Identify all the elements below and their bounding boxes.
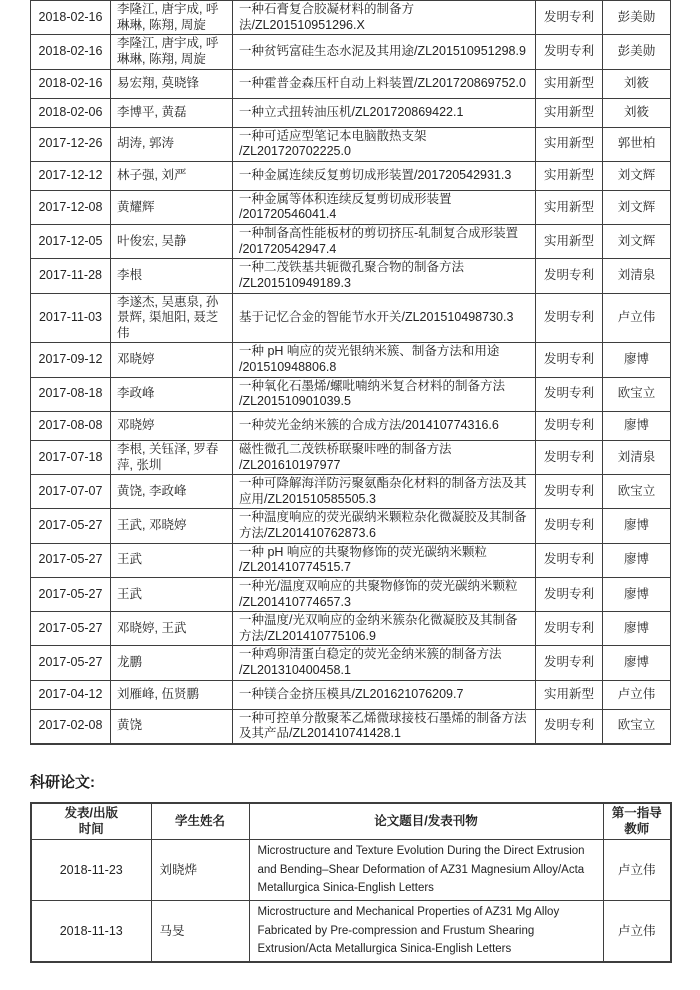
patent-students-cell: 王武 xyxy=(111,543,233,577)
patent-title-cell: 一种金属等体积连续反复剪切成形装置 /201720546041.4 xyxy=(233,190,536,224)
patent-type-cell: 发明专利 xyxy=(536,440,603,474)
patent-date-cell: 2017-08-08 xyxy=(31,411,111,440)
patent-date-cell: 2018-02-16 xyxy=(31,69,111,98)
papers-table-body: 2018-11-23 刘晓烨 Microstructure and Textur… xyxy=(31,840,671,962)
patent-advisor-cell: 刘筱 xyxy=(603,98,671,127)
patent-type-cell: 发明专利 xyxy=(536,709,603,744)
patent-row: 2017-05-27 王武 一种 pH 响应的共聚物修饰的荧光碳纳米颗粒 /ZL… xyxy=(31,543,671,577)
patent-students-cell: 黄饶 xyxy=(111,709,233,744)
papers-header-advisor: 第一指导 教师 xyxy=(603,803,671,840)
patent-type-cell: 发明专利 xyxy=(536,35,603,69)
patent-date-cell: 2017-05-27 xyxy=(31,509,111,543)
paper-date-cell: 2018-11-23 xyxy=(31,840,151,901)
patent-title-cell: 基于记忆合金的智能节水开关/ZL201510498730.3 xyxy=(233,293,536,343)
patent-date-cell: 2017-07-18 xyxy=(31,440,111,474)
paper-row: 2018-11-13 马旻 Microstructure and Mechani… xyxy=(31,901,671,962)
patent-students-cell: 黄饶, 李政峰 xyxy=(111,475,233,509)
patent-type-cell: 发明专利 xyxy=(536,475,603,509)
patent-advisor-cell: 刘文辉 xyxy=(603,161,671,190)
patent-advisor-cell: 欧宝立 xyxy=(603,709,671,744)
patent-advisor-cell: 彭美勋 xyxy=(603,35,671,69)
patent-row: 2018-02-16 李隆江, 唐宇成, 呼琳琳, 陈翔, 周旋 一种贫钙富硅生… xyxy=(31,35,671,69)
papers-table: 发表/出版 时间 学生姓名 论文题目/发表刊物 第一指导 教师 2018-11-… xyxy=(30,802,672,963)
patent-date-cell: 2017-12-05 xyxy=(31,225,111,259)
patent-row: 2018-02-16 李隆江, 唐宇成, 呼琳琳, 陈翔, 周旋 一种石膏复合胶… xyxy=(31,1,671,35)
patent-row: 2017-08-18 李政峰 一种氧化石墨烯/螺吡喃纳米复合材料的制备方法 /Z… xyxy=(31,377,671,411)
patent-students-cell: 王武 xyxy=(111,577,233,611)
patent-date-cell: 2017-02-08 xyxy=(31,709,111,744)
patent-date-cell: 2017-12-26 xyxy=(31,127,111,161)
patent-row: 2017-12-12 林子强, 刘严 一种金属连续反复剪切成形装置/201720… xyxy=(31,161,671,190)
patent-type-cell: 发明专利 xyxy=(536,411,603,440)
patent-title-cell: 一种可适应型笔记本电脑散热支架 /ZL201720702225.0 xyxy=(233,127,536,161)
papers-header-row: 发表/出版 时间 学生姓名 论文题目/发表刊物 第一指导 教师 xyxy=(31,803,671,840)
patent-row: 2017-02-08 黄饶 一种可控单分散聚苯乙烯微球接枝石墨烯的制备方法及其产… xyxy=(31,709,671,744)
patent-advisor-cell: 廖博 xyxy=(603,509,671,543)
patent-row: 2017-08-08 邓晓婷 一种荧光金纳米簇的合成方法/20141077431… xyxy=(31,411,671,440)
patent-title-cell: 一种制备高性能板材的剪切挤压-轧制复合成形装置 /201720542947.4 xyxy=(233,225,536,259)
patent-title-cell: 一种 pH 响应的荧光银纳米簇、制备方法和用途 /201510948806.8 xyxy=(233,343,536,377)
patent-type-cell: 发明专利 xyxy=(536,509,603,543)
papers-table-header: 发表/出版 时间 学生姓名 论文题目/发表刊物 第一指导 教师 xyxy=(31,803,671,840)
patent-advisor-cell: 廖博 xyxy=(603,343,671,377)
patent-row: 2017-05-27 龙鹏 一种鸡卵清蛋白稳定的荧光金纳米簇的制备方法 /ZL2… xyxy=(31,646,671,680)
patent-type-cell: 发明专利 xyxy=(536,612,603,646)
patent-students-cell: 易宏翔, 莫晓锋 xyxy=(111,69,233,98)
patent-type-cell: 发明专利 xyxy=(536,343,603,377)
patent-title-cell: 一种光/温度双响应的共聚物修饰的荧光碳纳米颗粒 /ZL201410774657.… xyxy=(233,577,536,611)
patent-date-cell: 2017-12-12 xyxy=(31,161,111,190)
patent-type-cell: 实用新型 xyxy=(536,190,603,224)
patent-type-cell: 发明专利 xyxy=(536,543,603,577)
patent-students-cell: 邓晓婷 xyxy=(111,411,233,440)
patent-advisor-cell: 彭美勋 xyxy=(603,1,671,35)
patent-row: 2017-05-27 邓晓婷, 王武 一种温度/光双响应的金纳米簇杂化微凝胶及其… xyxy=(31,612,671,646)
patent-title-cell: 磁性微孔二茂铁桥联聚咔唑的制备方法 /ZL201610197977 xyxy=(233,440,536,474)
patent-students-cell: 李根, 关钰泽, 罗春萍, 张圳 xyxy=(111,440,233,474)
patent-advisor-cell: 廖博 xyxy=(603,646,671,680)
paper-student-cell: 刘晓烨 xyxy=(151,840,249,901)
patent-date-cell: 2017-11-28 xyxy=(31,259,111,293)
patent-type-cell: 实用新型 xyxy=(536,161,603,190)
patent-students-cell: 李根 xyxy=(111,259,233,293)
patent-row: 2017-07-18 李根, 关钰泽, 罗春萍, 张圳 磁性微孔二茂铁桥联聚咔唑… xyxy=(31,440,671,474)
patent-title-cell: 一种 pH 响应的共聚物修饰的荧光碳纳米颗粒 /ZL201410774515.7 xyxy=(233,543,536,577)
patent-type-cell: 发明专利 xyxy=(536,577,603,611)
patent-title-cell: 一种氧化石墨烯/螺吡喃纳米复合材料的制备方法 /ZL201510901039.5 xyxy=(233,377,536,411)
patent-row: 2017-12-05 叶俊宏, 吴静 一种制备高性能板材的剪切挤压-轧制复合成形… xyxy=(31,225,671,259)
patent-students-cell: 李政峰 xyxy=(111,377,233,411)
patent-advisor-cell: 刘清泉 xyxy=(603,440,671,474)
patent-advisor-cell: 刘筱 xyxy=(603,69,671,98)
patent-row: 2017-11-28 李根 一种二茂铁基共轭微孔聚合物的制备方法 /ZL2015… xyxy=(31,259,671,293)
patent-students-cell: 李隆江, 唐宇成, 呼琳琳, 陈翔, 周旋 xyxy=(111,1,233,35)
patent-advisor-cell: 廖博 xyxy=(603,612,671,646)
patent-students-cell: 李遂杰, 吴惠泉, 孙景辉, 渠旭阳, 聂芝伟 xyxy=(111,293,233,343)
patents-table: 2018-02-16 李隆江, 唐宇成, 呼琳琳, 陈翔, 周旋 一种石膏复合胶… xyxy=(30,0,671,745)
papers-header-title: 论文题目/发表刊物 xyxy=(249,803,603,840)
patent-type-cell: 发明专利 xyxy=(536,293,603,343)
patent-students-cell: 胡涛, 郭涛 xyxy=(111,127,233,161)
patent-students-cell: 刘雁峰, 伍贤鹏 xyxy=(111,680,233,709)
paper-date-cell: 2018-11-13 xyxy=(31,901,151,962)
patent-title-cell: 一种可降解海洋防污聚氨酯杂化材料的制备方法及其应用/ZL201510585505… xyxy=(233,475,536,509)
patent-advisor-cell: 刘文辉 xyxy=(603,190,671,224)
patent-type-cell: 发明专利 xyxy=(536,646,603,680)
patent-students-cell: 邓晓婷 xyxy=(111,343,233,377)
paper-title-cell: Microstructure and Texture Evolution Dur… xyxy=(249,840,603,901)
patent-title-cell: 一种二茂铁基共轭微孔聚合物的制备方法 /ZL201510949189.3 xyxy=(233,259,536,293)
patent-date-cell: 2018-02-06 xyxy=(31,98,111,127)
patent-date-cell: 2017-05-27 xyxy=(31,577,111,611)
patent-advisor-cell: 廖博 xyxy=(603,543,671,577)
patent-date-cell: 2017-05-27 xyxy=(31,612,111,646)
patent-date-cell: 2017-05-27 xyxy=(31,543,111,577)
patent-type-cell: 实用新型 xyxy=(536,69,603,98)
patent-title-cell: 一种霍普金森压杆自动上料装置/ZL201720869752.0 xyxy=(233,69,536,98)
patent-row: 2017-07-07 黄饶, 李政峰 一种可降解海洋防污聚氨酯杂化材料的制备方法… xyxy=(31,475,671,509)
patent-type-cell: 实用新型 xyxy=(536,127,603,161)
patent-date-cell: 2018-02-16 xyxy=(31,1,111,35)
patent-date-cell: 2017-12-08 xyxy=(31,190,111,224)
papers-header-student: 学生姓名 xyxy=(151,803,249,840)
patent-title-cell: 一种石膏复合胶凝材料的制备方法/ZL201510951296.X xyxy=(233,1,536,35)
patent-row: 2017-09-12 邓晓婷 一种 pH 响应的荧光银纳米簇、制备方法和用途 /… xyxy=(31,343,671,377)
patent-row: 2018-02-06 李博平, 黄磊 一种立式扭转油压机/ZL201720869… xyxy=(31,98,671,127)
patent-row: 2017-11-03 李遂杰, 吴惠泉, 孙景辉, 渠旭阳, 聂芝伟 基于记忆合… xyxy=(31,293,671,343)
patent-row: 2018-02-16 易宏翔, 莫晓锋 一种霍普金森压杆自动上料装置/ZL201… xyxy=(31,69,671,98)
patent-row: 2017-12-08 黄耀辉 一种金属等体积连续反复剪切成形装置 /201720… xyxy=(31,190,671,224)
patent-row: 2017-12-26 胡涛, 郭涛 一种可适应型笔记本电脑散热支架 /ZL201… xyxy=(31,127,671,161)
patent-title-cell: 一种贫钙富硅生态水泥及其用途/ZL201510951298.9 xyxy=(233,35,536,69)
paper-student-cell: 马旻 xyxy=(151,901,249,962)
patent-title-cell: 一种温度/光双响应的金纳米簇杂化微凝胶及其制备方法/ZL201410775106… xyxy=(233,612,536,646)
papers-section-heading: 科研论文: xyxy=(30,771,700,792)
patent-title-cell: 一种镁合金挤压模具/ZL201621076209.7 xyxy=(233,680,536,709)
patent-title-cell: 一种金属连续反复剪切成形装置/201720542931.3 xyxy=(233,161,536,190)
patent-students-cell: 叶俊宏, 吴静 xyxy=(111,225,233,259)
patent-type-cell: 实用新型 xyxy=(536,680,603,709)
patents-table-body: 2018-02-16 李隆江, 唐宇成, 呼琳琳, 陈翔, 周旋 一种石膏复合胶… xyxy=(31,1,671,744)
paper-title-cell: Microstructure and Mechanical Properties… xyxy=(249,901,603,962)
paper-advisor-cell: 卢立伟 xyxy=(603,901,671,962)
patent-advisor-cell: 郭世柏 xyxy=(603,127,671,161)
patent-students-cell: 龙鹏 xyxy=(111,646,233,680)
patent-date-cell: 2017-09-12 xyxy=(31,343,111,377)
patent-title-cell: 一种可控单分散聚苯乙烯微球接枝石墨烯的制备方法及其产品/ZL2014107414… xyxy=(233,709,536,744)
papers-header-date: 发表/出版 时间 xyxy=(31,803,151,840)
patent-students-cell: 黄耀辉 xyxy=(111,190,233,224)
patent-advisor-cell: 刘文辉 xyxy=(603,225,671,259)
patent-row: 2017-04-12 刘雁峰, 伍贤鹏 一种镁合金挤压模具/ZL20162107… xyxy=(31,680,671,709)
document-page: 2018-02-16 李隆江, 唐宇成, 呼琳琳, 陈翔, 周旋 一种石膏复合胶… xyxy=(0,0,700,990)
patent-date-cell: 2017-11-03 xyxy=(31,293,111,343)
patent-students-cell: 李博平, 黄磊 xyxy=(111,98,233,127)
patent-students-cell: 林子强, 刘严 xyxy=(111,161,233,190)
patent-row: 2017-05-27 王武, 邓晓婷 一种温度响应的荧光碳纳米颗粒杂化微凝胶及其… xyxy=(31,509,671,543)
patent-students-cell: 李隆江, 唐宇成, 呼琳琳, 陈翔, 周旋 xyxy=(111,35,233,69)
patent-type-cell: 实用新型 xyxy=(536,225,603,259)
patent-advisor-cell: 欧宝立 xyxy=(603,475,671,509)
patent-type-cell: 发明专利 xyxy=(536,1,603,35)
paper-advisor-cell: 卢立伟 xyxy=(603,840,671,901)
patent-advisor-cell: 卢立伟 xyxy=(603,293,671,343)
patent-title-cell: 一种鸡卵清蛋白稳定的荧光金纳米簇的制备方法 /ZL201310400458.1 xyxy=(233,646,536,680)
patent-type-cell: 发明专利 xyxy=(536,377,603,411)
patent-date-cell: 2017-05-27 xyxy=(31,646,111,680)
patent-advisor-cell: 欧宝立 xyxy=(603,377,671,411)
patent-date-cell: 2017-04-12 xyxy=(31,680,111,709)
patent-date-cell: 2017-08-18 xyxy=(31,377,111,411)
patent-date-cell: 2018-02-16 xyxy=(31,35,111,69)
patent-advisor-cell: 廖博 xyxy=(603,411,671,440)
patent-advisor-cell: 廖博 xyxy=(603,577,671,611)
patent-title-cell: 一种温度响应的荧光碳纳米颗粒杂化微凝胶及其制备方法/ZL201410762873… xyxy=(233,509,536,543)
patent-advisor-cell: 刘清泉 xyxy=(603,259,671,293)
patent-type-cell: 发明专利 xyxy=(536,259,603,293)
patent-date-cell: 2017-07-07 xyxy=(31,475,111,509)
patent-advisor-cell: 卢立伟 xyxy=(603,680,671,709)
patent-row: 2017-05-27 王武 一种光/温度双响应的共聚物修饰的荧光碳纳米颗粒 /Z… xyxy=(31,577,671,611)
patent-title-cell: 一种荧光金纳米簇的合成方法/201410774316.6 xyxy=(233,411,536,440)
patent-type-cell: 实用新型 xyxy=(536,98,603,127)
paper-row: 2018-11-23 刘晓烨 Microstructure and Textur… xyxy=(31,840,671,901)
patent-students-cell: 王武, 邓晓婷 xyxy=(111,509,233,543)
patent-students-cell: 邓晓婷, 王武 xyxy=(111,612,233,646)
patent-title-cell: 一种立式扭转油压机/ZL201720869422.1 xyxy=(233,98,536,127)
